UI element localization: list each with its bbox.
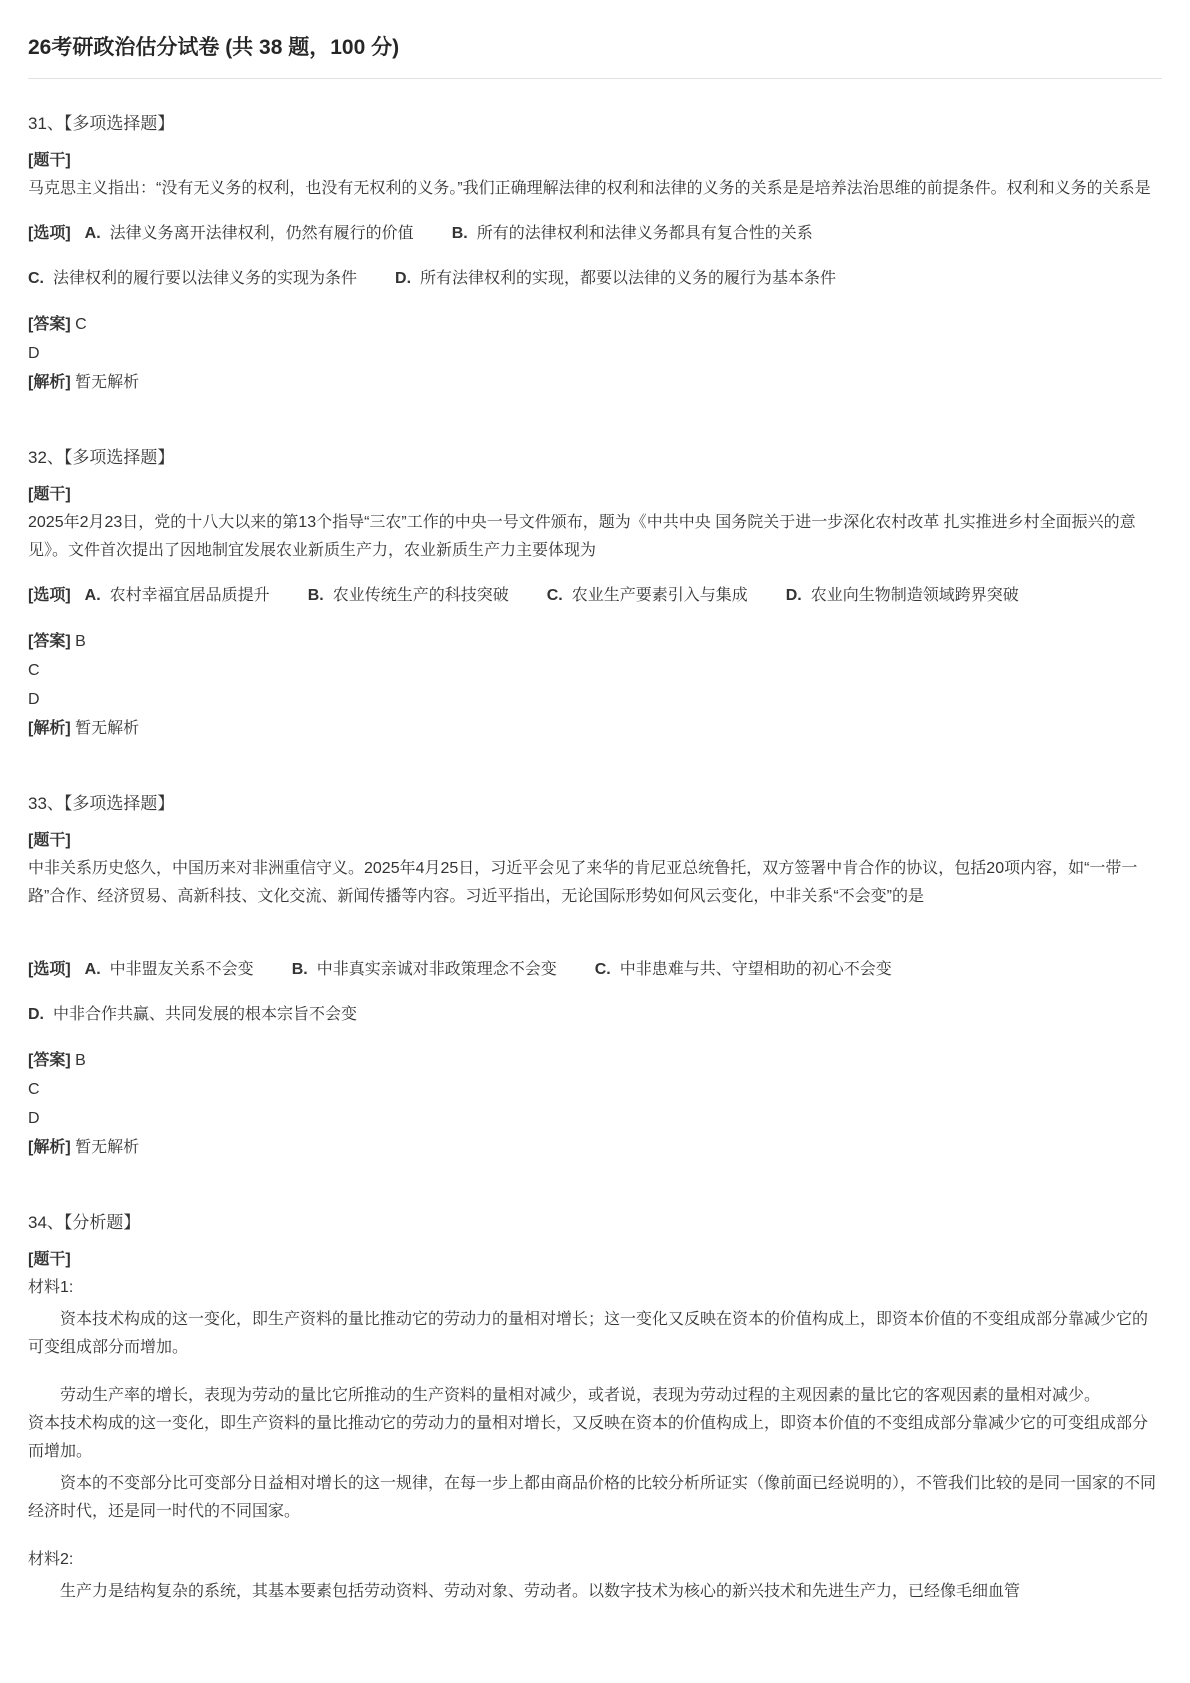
answer-value: D (28, 345, 40, 362)
options-row: [选项]A.农村幸福宜居品质提升B.农业传统生产的科技突破C.农业生产要素引入与… (28, 582, 1162, 610)
analysis-line: [解析] 暂无解析 (28, 714, 1162, 743)
question-title: 33、【多项选择题】 (28, 789, 1162, 819)
option-c: C.中非患难与共、守望相助的初心不会变 (595, 961, 892, 978)
answer-line: C (28, 656, 1162, 685)
material-paragraph: 劳动生产率的增长，表现为劳动的量比它所推动的生产资料的量相对减少，或者说，表现为… (28, 1382, 1162, 1410)
title-divider (28, 78, 1162, 79)
answer-value: C (28, 1081, 40, 1098)
question-title: 34、【分析题】 (28, 1208, 1162, 1238)
option-text: 农村幸福宜居品质提升 (110, 587, 270, 604)
option-text: 农业向生物制造领域跨界突破 (811, 587, 1019, 604)
answer-line: D (28, 1104, 1162, 1133)
option-text: 农业生产要素引入与集成 (572, 587, 748, 604)
question-31: 31、【多项选择题】 [题干] 马克思主义指出：“没有无义务的权利，也没有无权利… (28, 109, 1162, 397)
option-d: D.中非合作共赢、共同发展的根本宗旨不会变 (28, 1006, 357, 1023)
question-33: 33、【多项选择题】 [题干] 中非关系历史悠久，中国历来对非洲重信守义。202… (28, 789, 1162, 1162)
option-letter: B. (292, 961, 308, 978)
options-row: C.法律权利的履行要以法律义务的实现为条件D.所有法律权利的实现，都要以法律的义… (28, 265, 1162, 293)
option-letter: C. (28, 270, 44, 287)
answer-line: D (28, 685, 1162, 714)
answer-value: B (75, 633, 86, 650)
analysis-line: [解析] 暂无解析 (28, 1133, 1162, 1162)
answer-label: [答案] (28, 1052, 71, 1069)
option-letter: D. (786, 587, 802, 604)
analysis-label: [解析] (28, 1139, 71, 1156)
option-a: A.中非盟友关系不会变 (85, 961, 254, 978)
option-letter: A. (85, 961, 101, 978)
option-letter: D. (28, 1006, 44, 1023)
analysis-label: [解析] (28, 720, 71, 737)
answer-value: D (28, 1110, 40, 1127)
analysis-text: 暂无解析 (75, 720, 139, 737)
answer-value: C (28, 662, 40, 679)
options-label: [选项] (28, 225, 71, 242)
analysis-label: [解析] (28, 374, 71, 391)
material-paragraph: 生产力是结构复杂的系统，其基本要素包括劳动资料、劳动对象、劳动者。以数字技术为核… (28, 1578, 1162, 1606)
answer-block: [答案] B C D [解析] 暂无解析 (28, 1046, 1162, 1162)
option-letter: D. (395, 270, 411, 287)
stem-label: [题干] (28, 827, 1162, 855)
option-text: 法律权利的履行要以法律义务的实现为条件 (53, 270, 357, 287)
answer-line: C (28, 1075, 1162, 1104)
question-34: 34、【分析题】 [题干] 材料1: 资本技术构成的这一变化，即生产资料的量比推… (28, 1208, 1162, 1606)
option-text: 所有的法律权利和法律义务都具有复合性的关系 (477, 225, 813, 242)
material-paragraph: 资本的不变部分比可变部分日益相对增长的这一规律，在每一步上都由商品价格的比较分析… (28, 1470, 1162, 1526)
options-row: [选项]A.法律义务离开法律权利，仍然有履行的价值B.所有的法律权利和法律义务都… (28, 220, 1162, 248)
answer-line: [答案] C (28, 310, 1162, 339)
option-b: B.所有的法律权利和法律义务都具有复合性的关系 (452, 225, 813, 242)
option-letter: A. (85, 587, 101, 604)
option-d: D.所有法律权利的实现，都要以法律的义务的履行为基本条件 (395, 270, 836, 287)
option-letter: A. (85, 225, 101, 242)
option-text: 农业传统生产的科技突破 (333, 587, 509, 604)
stem-label: [题干] (28, 147, 1162, 175)
option-letter: B. (452, 225, 468, 242)
option-text: 法律义务离开法律权利，仍然有履行的价值 (110, 225, 414, 242)
answer-value: D (28, 691, 40, 708)
options-label: [选项] (28, 587, 71, 604)
answer-value: B (75, 1052, 86, 1069)
analysis-line: [解析] 暂无解析 (28, 368, 1162, 397)
answer-label: [答案] (28, 316, 71, 333)
material-2-label: 材料2: (28, 1546, 1162, 1574)
stem-label: [题干] (28, 481, 1162, 509)
stem-text: 中非关系历史悠久，中国历来对非洲重信守义。2025年4月25日，习近平会见了来华… (28, 855, 1162, 911)
option-letter: C. (595, 961, 611, 978)
answer-block: [答案] C D [解析] 暂无解析 (28, 310, 1162, 397)
page-title: 26考研政治估分试卷 (共 38 题，100 分) (28, 34, 1162, 61)
analysis-text: 暂无解析 (75, 1139, 139, 1156)
option-a: A.法律义务离开法律权利，仍然有履行的价值 (85, 225, 414, 242)
stem-text: 马克思主义指出：“没有无义务的权利，也没有无权利的义务。”我们正确理解法律的权利… (28, 175, 1162, 203)
option-b: B.农业传统生产的科技突破 (308, 587, 509, 604)
material-paragraph: 资本技术构成的这一变化，即生产资料的量比推动它的劳动力的量相对增长，又反映在资本… (28, 1410, 1162, 1466)
material-1-label: 材料1: (28, 1274, 1162, 1302)
option-text: 所有法律权利的实现，都要以法律的义务的履行为基本条件 (420, 270, 836, 287)
answer-line: [答案] B (28, 1046, 1162, 1075)
option-text: 中非患难与共、守望相助的初心不会变 (620, 961, 892, 978)
answer-line: [答案] B (28, 627, 1162, 656)
options-label: [选项] (28, 961, 71, 978)
options-row: [选项]A.中非盟友关系不会变B.中非真实亲诚对非政策理念不会变C.中非患难与共… (28, 956, 1162, 984)
question-title: 32、【多项选择题】 (28, 443, 1162, 473)
answer-line: D (28, 339, 1162, 368)
exam-document: 26考研政治估分试卷 (共 38 题，100 分) 31、【多项选择题】 [题干… (0, 0, 1190, 1683)
option-letter: B. (308, 587, 324, 604)
option-c: C.农业生产要素引入与集成 (547, 587, 748, 604)
question-title: 31、【多项选择题】 (28, 109, 1162, 139)
answer-label: [答案] (28, 633, 71, 650)
answer-block: [答案] B C D [解析] 暂无解析 (28, 627, 1162, 743)
stem-label: [题干] (28, 1246, 1162, 1274)
options-row: D.中非合作共赢、共同发展的根本宗旨不会变 (28, 1001, 1162, 1029)
option-a: A.农村幸福宜居品质提升 (85, 587, 270, 604)
option-d: D.农业向生物制造领域跨界突破 (786, 587, 1019, 604)
question-32: 32、【多项选择题】 [题干] 2025年2月23日，党的十八大以来的第13个指… (28, 443, 1162, 743)
option-text: 中非合作共赢、共同发展的根本宗旨不会变 (53, 1006, 357, 1023)
option-text: 中非真实亲诚对非政策理念不会变 (317, 961, 557, 978)
material-paragraph: 资本技术构成的这一变化，即生产资料的量比推动它的劳动力的量相对增长；这一变化又反… (28, 1306, 1162, 1362)
analysis-text: 暂无解析 (75, 374, 139, 391)
answer-value: C (75, 316, 87, 333)
option-c: C.法律权利的履行要以法律义务的实现为条件 (28, 270, 357, 287)
option-b: B.中非真实亲诚对非政策理念不会变 (292, 961, 557, 978)
option-text: 中非盟友关系不会变 (110, 961, 254, 978)
option-letter: C. (547, 587, 563, 604)
stem-text: 2025年2月23日，党的十八大以来的第13个指导“三农”工作的中央一号文件颁布… (28, 509, 1162, 565)
